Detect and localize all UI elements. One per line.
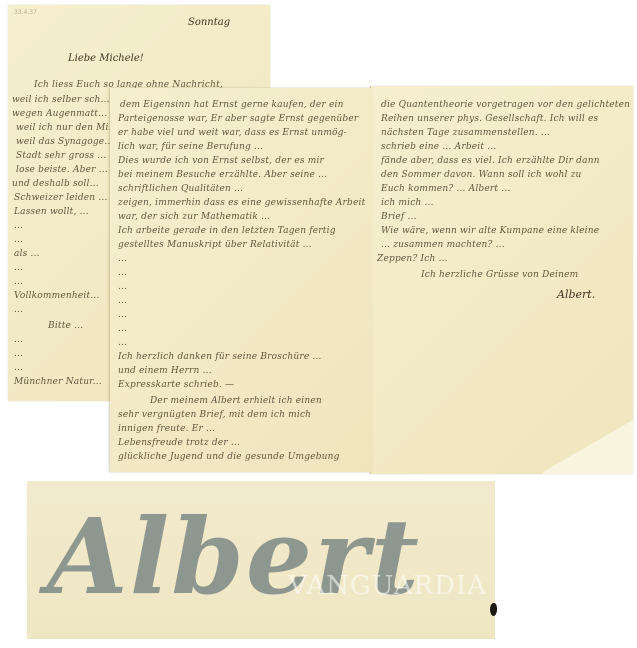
handwritten-line: er habe viel und weit war, dass es Ernst… [118,128,372,138]
handwritten-line: dem Eigensinn hat Ernst gerne kaufen, de… [120,100,372,110]
signature-closeup: Albert VANGUARDIA [27,481,495,639]
handwritten-line: ... [118,268,372,278]
handwritten-line: und einem Herrn ... [118,366,372,376]
handwritten-line: Ich arbeite gerade in den letzten Tagen … [118,226,372,236]
handwritten-line: ... [118,282,372,292]
handwritten-line: Expresskarte schrieb. — [118,380,372,390]
handwritten-line: ... [118,254,372,264]
handwritten-line: glückliche Jugend und die gesunde Umgebu… [118,452,372,462]
handwritten-line: ... [118,338,372,348]
handwritten-line: fände aber, dass es viel. Ich erzählte D… [381,156,633,166]
handwritten-line: Dies wurde ich von Ernst selbst, der es … [118,156,372,166]
letter-page-3: die Quantentheorie vorgetragen vor den g… [370,86,633,474]
letter-date: Sonntag [188,17,230,28]
handwritten-line: Zeppen? Ich ... [377,254,633,264]
handwritten-line: Der meinem Albert erhielt ich einen [150,396,372,406]
handwritten-line: bei meinem Besuche erzählte. Aber seine … [118,170,372,180]
handwritten-line: Ich herzlich danken für seine Broschüre … [118,352,372,362]
handwritten-line: die Quantentheorie vorgetragen vor den g… [381,100,633,110]
handwritten-line: Reihen unserer phys. Gesellschaft. Ich w… [381,114,633,124]
handwritten-line: zeigen, immerhin dass es eine gewissenha… [118,198,372,208]
handwritten-line: war, der sich zur Mathematik ... [118,212,372,222]
letter-closing: Ich herzliche Grüsse von Deinem [421,270,633,280]
handwritten-line: Brief ... [381,212,633,222]
handwritten-line: ich mich ... [381,198,633,208]
letter-signature: Albert. [557,288,595,301]
handwritten-line: nächsten Tage zusammenstellen. ... [381,128,633,138]
letter-salutation: Liebe Michele! [68,53,144,64]
handwritten-line: gestelltes Manuskript über Relativität .… [118,240,372,250]
handwritten-line: Parteigenosse war, Er aber sagte Ernst g… [118,114,372,124]
archive-mark: 33.4.37 [14,9,37,16]
handwritten-line: Wie wäre, wenn wir alte Kumpane eine kle… [381,226,633,236]
watermark: VANGUARDIA [288,571,487,601]
handwritten-line: schrieb eine ... Arbeit ... [381,142,633,152]
page-fold [543,419,633,474]
handwritten-line: ... [118,296,372,306]
handwritten-line: sehr vergnügten Brief, mit dem ich mich [118,410,372,420]
handwritten-line: den Sommer davon. Wann soll ich wohl zu [381,170,633,180]
handwritten-line: innigen freute. Er ... [118,424,372,434]
handwritten-line: ... [118,310,372,320]
handwritten-line: Euch kommen? ... Albert ... [381,184,633,194]
handwritten-line: Lebensfreude trotz der ... [118,438,372,448]
letter-page-2: dem Eigensinn hat Ernst gerne kaufen, de… [110,88,372,472]
signature-period [490,603,497,616]
handwritten-line: ... [118,324,372,334]
handwritten-line: schriftlichen Qualitäten ... [118,184,372,194]
handwritten-line: lich war, für seine Berufung ... [118,142,372,152]
handwritten-line: ... zusammen machten? ... [381,240,633,250]
